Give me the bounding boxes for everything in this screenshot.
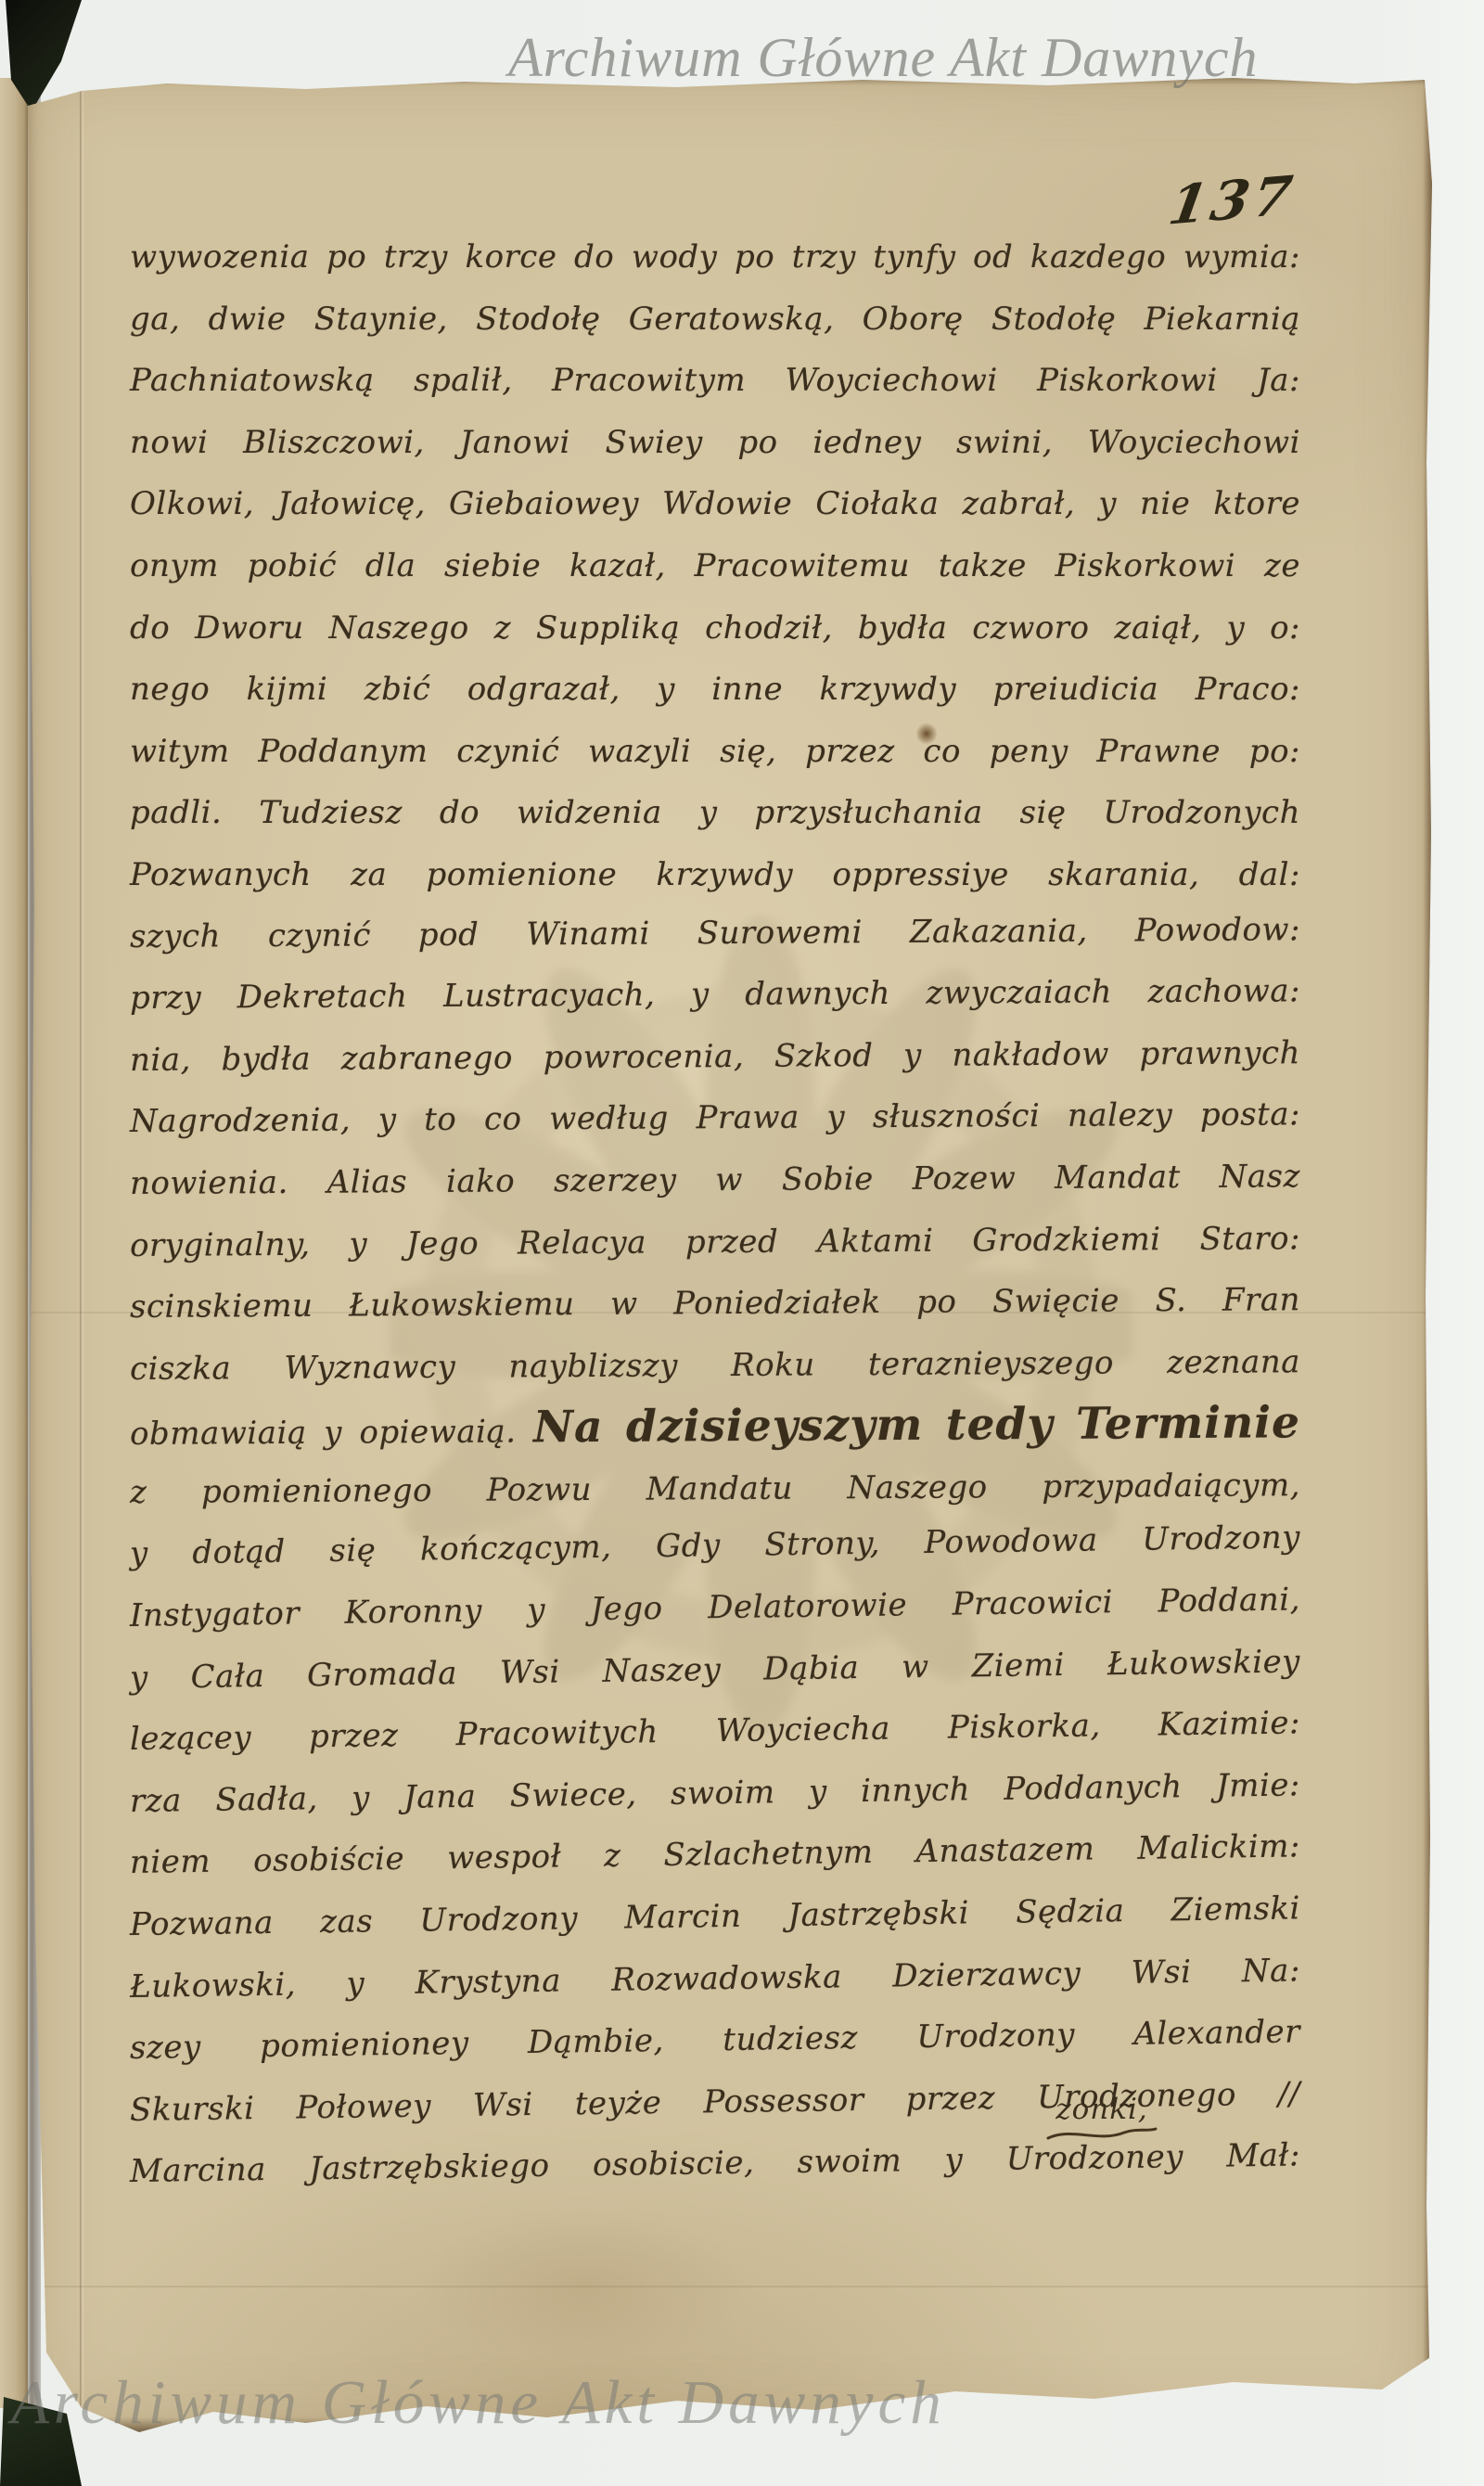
manuscript-line: przy Dekretach Lustracyach, y dawnych zw… xyxy=(130,960,1300,1029)
manuscript-line: nowienia. Alias iako szerzey w Sobie Poz… xyxy=(130,1146,1300,1214)
manuscript-line: oryginalny, y Jego Relacya przed Aktami … xyxy=(130,1208,1300,1276)
folio-number: 137 xyxy=(1164,163,1299,237)
archive-watermark-bottom: Archiwum Główne Akt Dawnych xyxy=(11,2367,946,2439)
paper-stain xyxy=(417,2206,751,2364)
manuscript-line: Olkowi, Jałowicę, Giebaiowey Wdowie Cioł… xyxy=(130,473,1300,535)
manuscript-line-emphasis: obmawiaią y opiewaią. Na dzisieyszym ted… xyxy=(130,1393,1300,1462)
manuscript-line: Pozwanych za pomienione krzywdy oppressi… xyxy=(130,844,1300,906)
manuscript-line: witym Poddanym czynić wazyli się, przez … xyxy=(130,721,1300,783)
manuscript-text-block: wywozenia po trzy korce do wody po trzy … xyxy=(130,226,1300,2203)
manuscript-line: do Dworu Naszego z Suppliką chodził, byd… xyxy=(130,597,1300,660)
manuscript-line: Nagrodzenia, y to co według Prawa y słus… xyxy=(130,1084,1300,1153)
scan-canvas: Archiwum Główne Akt Dawnych 137 wywozeni… xyxy=(0,0,1484,2486)
manuscript-line: padli. Tudziesz do widzenia y przysłucha… xyxy=(130,782,1300,844)
emphasis-prefix: obmawiaią y opiewaią. xyxy=(130,1414,517,1454)
catchword-block: zonki, xyxy=(1046,2093,1158,2145)
manuscript-line: Pachniatowską spalił, Pracowitym Woyciec… xyxy=(130,350,1300,412)
page-edge-right xyxy=(1423,72,1432,2432)
manuscript-line: scinskiemu Łukowskiemu w Poniedziałek po… xyxy=(130,1269,1300,1338)
manuscript-line: szych czynić pod Winami Surowemi Zakazan… xyxy=(130,899,1300,967)
manuscript-line: ga, dwie Staynie, Stodołę Geratowską, Ob… xyxy=(130,288,1300,351)
manuscript-line: nego kijmi zbić odgrazał, y inne krzywdy… xyxy=(130,659,1300,721)
manuscript-line: nia, bydła zabranego powrocenia, Szkod y… xyxy=(130,1022,1300,1091)
emphasis-text: Na dzisieyszym tedy Terminie xyxy=(533,1398,1300,1454)
archive-watermark-top: Archiwum Główne Akt Dawnych xyxy=(508,26,1259,90)
manuscript-line: ciszka Wyznawcy nayblizszy Roku teraznie… xyxy=(130,1331,1300,1400)
manuscript-line: onym pobić dla siebie kazał, Pracowitemu… xyxy=(130,535,1300,597)
manuscript-line: nowi Bliszczowi, Janowi Swiey po iedney … xyxy=(130,412,1300,474)
page-crease xyxy=(80,72,83,2432)
catchword-flourish-icon xyxy=(1046,2124,1158,2145)
catchword: zonki, xyxy=(1055,2093,1148,2126)
manuscript-line: wywozenia po trzy korce do wody po trzy … xyxy=(130,226,1300,288)
